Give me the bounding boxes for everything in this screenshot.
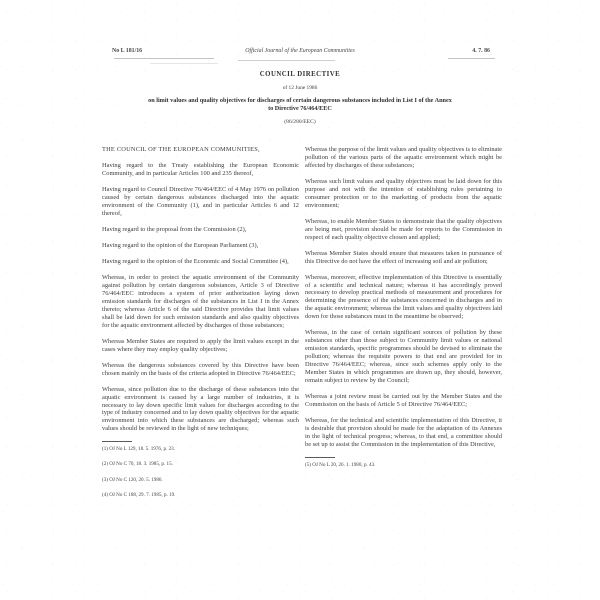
directive-subtitle: on limit values and quality objectives f… [146, 97, 454, 113]
journal-title: Official Journal of the European Communi… [88, 48, 512, 54]
footnote: (3) OJ No C 120, 20. 5. 1986. [102, 477, 299, 484]
preamble-paragraph: THE COUNCIL OF THE EUROPEAN COMMUNITIES, [102, 146, 299, 154]
footnote: (5) OJ No L 20, 26. 1. 1980, p. 43. [305, 462, 502, 469]
recital-paragraph: Whereas Member States are required to ap… [102, 338, 299, 354]
recital-paragraph: Whereas the purpose of the limit values … [305, 146, 502, 170]
header-rule [238, 60, 335, 61]
footnote: (1) OJ No L 129, 18. 5. 1976, p. 23. [102, 446, 299, 453]
preamble-paragraph: Having regard to the Treaty establishing… [102, 162, 299, 178]
recital-paragraph: Whereas such limit values and quality ob… [305, 178, 502, 210]
directive-number: (86/280/EEC) [88, 119, 512, 125]
directive-kicker: COUNCIL DIRECTIVE [88, 71, 512, 78]
preamble-paragraph: Having regard to the proposal from the C… [102, 226, 299, 234]
footnote-rule [102, 441, 132, 442]
footnote-rule [305, 457, 335, 458]
header-rule [114, 58, 214, 59]
journal-date: 4. 7. 86 [472, 48, 490, 54]
footnote: (2) OJ No C 70, 18. 3. 1985, p. 15. [102, 461, 299, 468]
header-rule [448, 58, 495, 59]
recital-paragraph: Whereas a joint review must be carried o… [305, 393, 502, 409]
recital-paragraph: Whereas, to enable Member States to demo… [305, 218, 502, 242]
footnote: (4) OJ No C 188, 29. 7. 1985, p. 19. [102, 492, 299, 499]
preamble-paragraph: Having regard to the opinion of the Euro… [102, 242, 299, 250]
recital-paragraph: Whereas, moreover, effective implementat… [305, 274, 502, 321]
document-scan: No L 181/16 Official Journal of the Euro… [0, 0, 600, 600]
header-rule [150, 63, 218, 64]
recital-paragraph: Whereas, in order to protect the aquatic… [102, 274, 299, 329]
recital-paragraph: Whereas Member States should ensure that… [305, 250, 502, 266]
preamble-paragraph: Having regard to the opinion of the Econ… [102, 258, 299, 266]
left-column: THE COUNCIL OF THE EUROPEAN COMMUNITIES,… [102, 146, 299, 507]
document-page: No L 181/16 Official Journal of the Euro… [88, 38, 512, 572]
preamble-paragraph: Having regard to Council Directive 76/46… [102, 186, 299, 218]
right-column: Whereas the purpose of the limit values … [305, 146, 502, 477]
recital-paragraph: Whereas the dangerous substances covered… [102, 362, 299, 378]
directive-date: of 12 June 1986 [88, 85, 512, 91]
recital-paragraph: Whereas, for the technical and scientifi… [305, 417, 502, 449]
recital-paragraph: Whereas, in the case of certain signific… [305, 329, 502, 384]
recital-paragraph: Whereas, since pollution due to the disc… [102, 386, 299, 433]
